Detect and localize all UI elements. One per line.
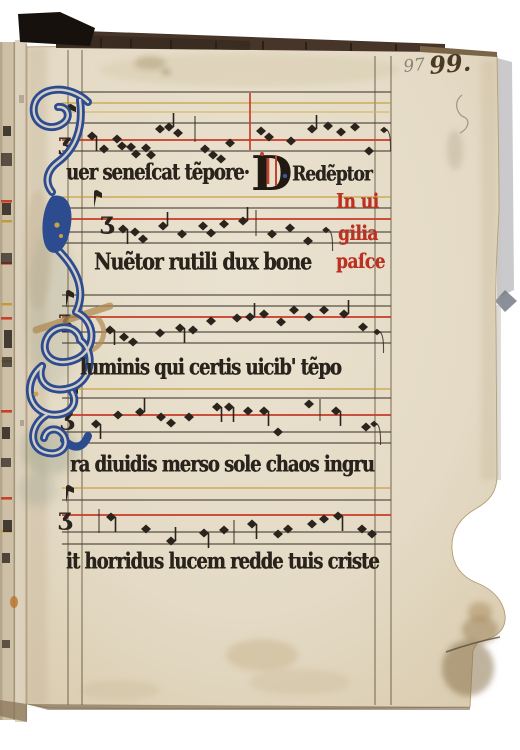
manuscript-page-photo: ʒʒʒʒʒ D xyxy=(0,0,520,750)
folio-pencil: 97 xyxy=(402,55,426,77)
folio-ink: 99. xyxy=(428,47,472,80)
lyric-line-5: it horridus lucem redde tuis criste xyxy=(66,549,379,575)
clef-glyph: ʒ xyxy=(58,502,73,531)
lyric-line-3: luminis qui certis uicib' tẽpo xyxy=(80,355,341,381)
rubric-line-3: paſce xyxy=(336,250,385,274)
lyric-line-2: Nuẽtor rutili dux bone xyxy=(94,249,311,276)
rubric-line-2: gilia xyxy=(338,222,378,246)
left-page-edges xyxy=(0,40,27,722)
clef-glyph: ʒ xyxy=(100,206,115,235)
rubric-line-1: In ui xyxy=(336,190,379,214)
lyric-line-4: ra diuidis merso sole chaos ingru xyxy=(70,452,374,478)
initial-D: D xyxy=(251,146,293,202)
initial-D-letter: D xyxy=(251,146,293,202)
lyric-line-1a: uer seneſcat tẽpore· xyxy=(66,160,249,186)
lyric-line-1b: Redẽptor xyxy=(292,162,372,186)
